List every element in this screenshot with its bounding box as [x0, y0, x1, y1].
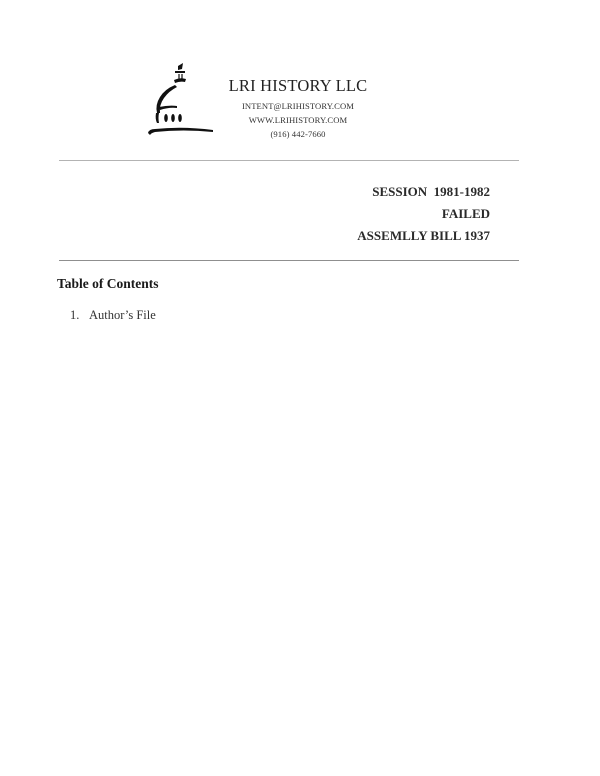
- bill-number: ASSEMLLY BILL 1937: [357, 225, 490, 247]
- toc-item-number: 1.: [70, 308, 89, 323]
- toc-item-label[interactable]: Author’s File: [89, 308, 156, 323]
- toc-list: 1. Author’s File: [70, 308, 156, 323]
- toc-title: Table of Contents: [57, 276, 159, 292]
- session-label: SESSION 1981-1982: [357, 181, 490, 203]
- company-email: INTENT@LRIHISTORY.COM: [200, 101, 396, 111]
- company-name: LRI HISTORY LLC: [200, 76, 396, 96]
- toc-item[interactable]: 1. Author’s File: [70, 308, 156, 323]
- bill-info-block: SESSION 1981-1982 FAILED ASSEMLLY BILL 1…: [357, 181, 490, 247]
- document-page: LRI HISTORY LLC INTENT@LRIHISTORY.COM WW…: [0, 0, 600, 776]
- bill-status: FAILED: [357, 203, 490, 225]
- company-website: WWW.LRIHISTORY.COM: [200, 115, 396, 125]
- section-divider: [59, 260, 519, 261]
- company-phone: (916) 442-7660: [200, 129, 396, 139]
- header-divider: [59, 160, 519, 161]
